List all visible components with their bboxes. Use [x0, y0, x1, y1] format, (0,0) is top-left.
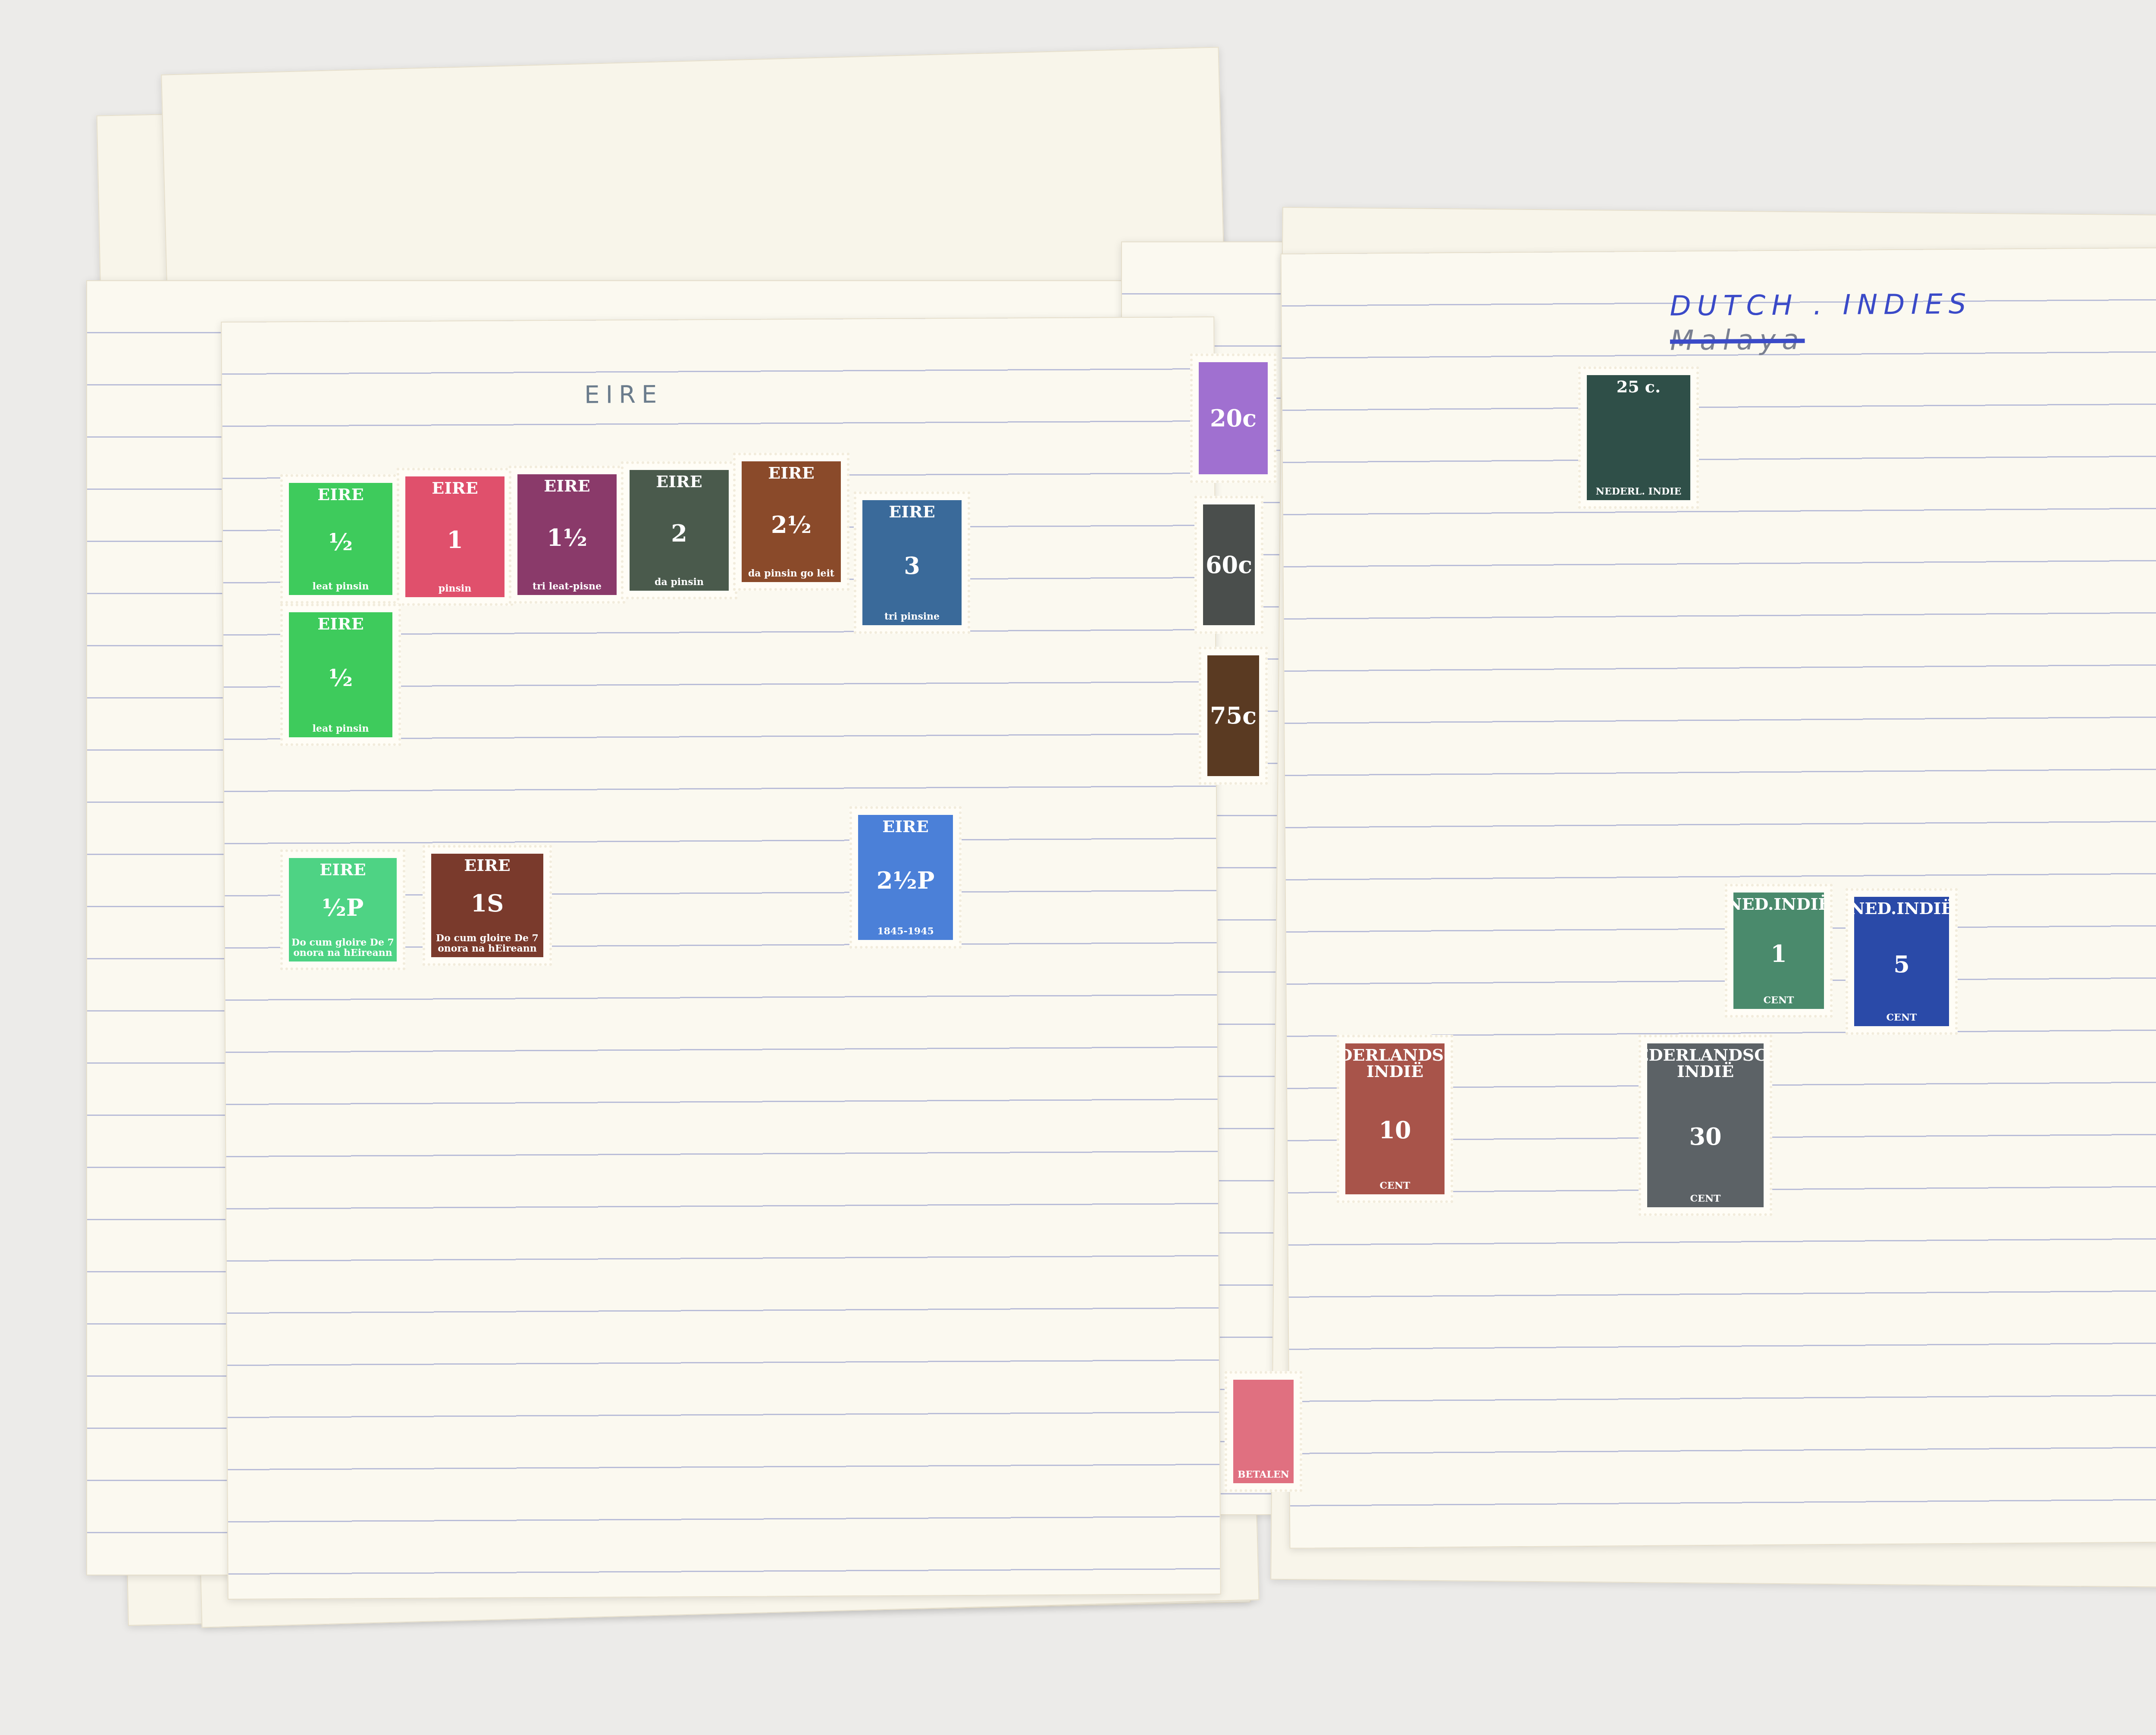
stamp-country-text: EIRE	[464, 857, 510, 874]
stamp: NED.INDIË5CENT	[1846, 888, 1958, 1035]
stamp-face: EIRE1SDo cum gloire De 7 onora na hEirea…	[431, 854, 543, 957]
right-album-page: DUTCH . INDIES Malaya	[1281, 247, 2156, 1549]
stamp: NED.INDIË1CENT	[1725, 884, 1833, 1018]
stamp-caption: leat pinsin	[313, 723, 369, 734]
stamp: EIRE½PDo cum gloire De 7 onora na hEirea…	[280, 849, 405, 970]
struck-heading-malaya: Malaya	[1670, 324, 1805, 357]
page-heading-dutch-indies: DUTCH . INDIES	[1670, 288, 1972, 323]
stamp: 75c	[1199, 647, 1268, 785]
stamp-face: BETALEN	[1233, 1380, 1294, 1483]
stamp: EIRE2½P1845-1945	[849, 806, 962, 949]
stamp-caption: BETALEN	[1238, 1469, 1289, 1480]
stamp-denomination: 2½P	[877, 869, 935, 892]
stamp-caption: da pinsin	[655, 577, 704, 587]
stamp-country-text: EIRE	[432, 480, 478, 496]
stamp-face: NED.INDIË1CENT	[1733, 893, 1824, 1009]
stamp-face: NEDERLANDSCH-INDIË30CENT	[1647, 1043, 1764, 1207]
stamp-country-text: NEDERLANDSCH-INDIË	[1647, 1047, 1764, 1080]
stamp-country-text: 25 c.	[1617, 379, 1661, 395]
stamp-face: NEDERLANDSCH-INDIË10CENT	[1345, 1043, 1445, 1194]
stamp-denomination: 2½	[771, 513, 812, 536]
stamp-face: EIRE2½P1845-1945	[858, 815, 953, 940]
stamp-denomination: 75c	[1210, 704, 1257, 727]
stamp-denomination: 2	[671, 522, 687, 545]
stamp-denomination: 3	[904, 554, 920, 577]
stamp-face: EIRE1pinsin	[405, 476, 505, 597]
stamp: EIRE1½tri leat-pisne	[509, 466, 625, 604]
stamp: EIRE1pinsin	[397, 468, 513, 606]
stamp-country-text: NED.INDIË	[1733, 896, 1824, 912]
stamp-caption: Do cum gloire De 7 onora na hEireann	[291, 937, 395, 958]
stamp: EIRE3tri pinsine	[854, 492, 970, 634]
stamp-country-text: EIRE	[882, 818, 928, 835]
stamp-caption: tri leat-pisne	[533, 581, 602, 592]
stamp-denomination: 1½	[547, 526, 587, 549]
stamp-country-text: EIRE	[317, 486, 364, 503]
stamp: EIRE2da pinsin	[621, 461, 737, 599]
stamp-caption: pinsin	[439, 583, 471, 594]
stamp-face: EIRE3tri pinsine	[862, 500, 962, 625]
stamp: 60c	[1194, 496, 1263, 634]
stamp-country-text: NED.INDIË	[1854, 900, 1949, 917]
stamp-denomination: ½	[329, 666, 353, 689]
stamp-denomination: 1	[447, 528, 463, 551]
stamp-denomination: 10	[1379, 1118, 1411, 1142]
page-heading-eire: EIRE	[584, 381, 663, 409]
stamp-face: 25 c.NEDERL. INDIE	[1587, 375, 1690, 500]
stamp-denomination: ½P	[322, 896, 364, 919]
stamp-face: EIRE½leat pinsin	[289, 612, 392, 737]
stamp: EIRE2½da pinsin go leit	[733, 453, 849, 591]
stamp-caption: tri pinsine	[884, 611, 940, 622]
stamp-caption: da pinsin go leit	[748, 568, 834, 579]
stamp-country-text: EIRE	[656, 473, 702, 490]
stamp: BETALEN	[1225, 1371, 1302, 1492]
stamp-denomination: ½	[329, 530, 353, 554]
stamp-face: EIRE2da pinsin	[630, 470, 729, 591]
stamp-country-text: EIRE	[544, 478, 590, 494]
stamp-denomination: 30	[1689, 1125, 1721, 1148]
stamp-caption: CENT	[1690, 1193, 1721, 1204]
stamp-country-text: EIRE	[320, 861, 366, 878]
stamp: EIRE½leat pinsin	[280, 604, 401, 746]
stamp-face: NED.INDIË5CENT	[1854, 897, 1949, 1026]
stamp-face: EIRE½leat pinsin	[289, 483, 392, 595]
stamp-country-text: EIRE	[889, 504, 935, 520]
stamp: 25 c.NEDERL. INDIE	[1578, 366, 1699, 509]
stamp-caption: 1845-1945	[877, 926, 934, 936]
stamp-denomination: 1S	[471, 892, 504, 915]
stamp: EIRE1SDo cum gloire De 7 onora na hEirea…	[423, 845, 552, 966]
stamp-country-text: EIRE	[768, 465, 814, 481]
stamp-face: EIRE½PDo cum gloire De 7 onora na hEirea…	[289, 858, 397, 961]
stamp-face: EIRE2½da pinsin go leit	[742, 461, 841, 582]
stamp-country-text: NEDERLANDSCH-INDIË	[1345, 1047, 1445, 1080]
stamp-face: 20c	[1199, 362, 1268, 474]
stamp-denomination: 60c	[1206, 553, 1252, 576]
stamp-face: EIRE1½tri leat-pisne	[517, 474, 617, 595]
stamp-caption: CENT	[1887, 1012, 1917, 1023]
stamp-face: 60c	[1203, 504, 1255, 625]
stamp-caption: CENT	[1764, 995, 1794, 1005]
stamp-caption: leat pinsin	[313, 581, 369, 592]
stamp-denomination: 5	[1893, 953, 1910, 976]
stamp: NEDERLANDSCH-INDIË30CENT	[1639, 1035, 1772, 1216]
stamp-caption: CENT	[1380, 1181, 1410, 1191]
stamp: 20c	[1190, 354, 1276, 483]
stamp: EIRE½leat pinsin	[280, 474, 401, 604]
stamp-face: 75c	[1207, 655, 1259, 776]
stamp: NEDERLANDSCH-INDIË10CENT	[1337, 1035, 1453, 1203]
stamp-denomination: 1	[1771, 942, 1787, 965]
stamp-caption: NEDERL. INDIE	[1596, 486, 1681, 497]
stamp-country-text: EIRE	[317, 616, 364, 632]
stamp-denomination: 20c	[1210, 407, 1257, 430]
stamp-caption: Do cum gloire De 7 onora na hEireann	[433, 933, 542, 954]
